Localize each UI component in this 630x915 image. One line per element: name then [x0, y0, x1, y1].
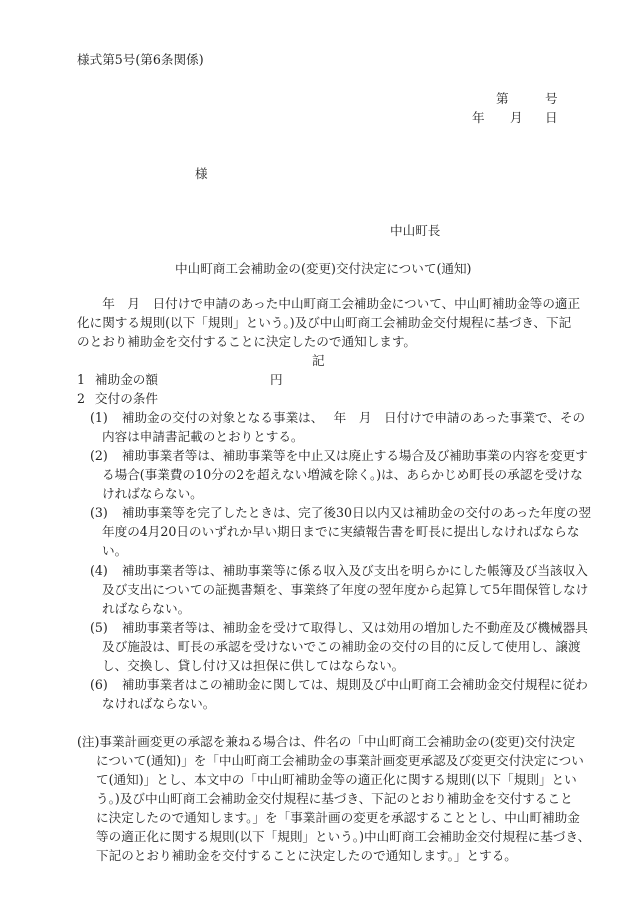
condition-line: ければならない。 — [90, 484, 558, 503]
note-line: に決定したので通知します。」を「事業計画の変更を承認することとし、中山町補助金 — [77, 808, 557, 827]
condition-line: 内容は申請書記載のとおりとする。 — [90, 427, 558, 446]
addressee-suffix: 様 — [195, 164, 208, 183]
item2-number: 2 — [77, 389, 85, 408]
condition-line: 補助事業者等は、補助事業等を中止又は廃止する場合及び補助事業の内容を変更す — [122, 448, 588, 463]
item1-number: 1 — [77, 370, 85, 389]
note-line: て(通知)」とし、本文中の「中山町補助金等の適正化に関する規則(以下「規則」とい — [77, 770, 557, 789]
condition-3: (3)補助事業等を完了したときは、完了後30日以内又は補助金の交付のあった年度の… — [90, 503, 558, 560]
note-label: (注) — [77, 734, 99, 749]
item1-label: 補助金の額 — [95, 370, 158, 389]
date-year: 年 — [472, 108, 485, 127]
condition-number: (1) — [90, 410, 108, 425]
body-line: 化に関する規則(以下「規則」という。)及び中山町商工会補助金交付規程に基づき、下… — [77, 313, 557, 332]
condition-line: ればならない。 — [90, 599, 558, 618]
note-block: (注)事業計画変更の承認を兼ねる場合は、件名の「中山町商工会補助金の(変更)交付… — [77, 732, 557, 865]
note-line: 事業計画変更の承認を兼ねる場合は、件名の「中山町商工会補助金の(変更)交付決定 — [99, 734, 575, 749]
condition-line: 補助事業者はこの補助金に関しては、規則及び中山町商工会補助金交付規程に従わ — [122, 677, 588, 692]
condition-6: (6)補助事業者はこの補助金に関しては、規則及び中山町商工会補助金交付規程に従わ… — [90, 675, 558, 713]
condition-number: (5) — [90, 620, 108, 635]
condition-number: (2) — [90, 448, 108, 463]
condition-line: 補助事業等を完了したときは、完了後30日以内又は補助金の交付のあった年度の翌 — [122, 505, 591, 520]
condition-number: (3) — [90, 505, 108, 520]
note-line: 等の適正化に関する規則(以下「規則」という。)中山町商工会補助金交付規程に基づき… — [77, 827, 557, 846]
sender-name: 中山町長 — [390, 221, 440, 240]
condition-line: い。 — [90, 541, 558, 560]
note-line: う。)及び中山町商工会補助金交付規程に基づき、下記のとおり補助金を交付すること — [77, 789, 557, 808]
note-line: 下記のとおり補助金を交付することに決定したので通知します。」とする。 — [77, 846, 557, 865]
condition-4: (4)補助事業者等は、補助事業等に係る収入及び支出を明らかにした帳簿及び当該収入… — [90, 561, 558, 618]
body-line: のとおり補助金を交付することに決定したので通知します。 — [77, 332, 557, 351]
condition-line: 及び施設は、町長の承認を受けないでこの補助金の交付の目的に反して使用し、譲渡 — [90, 637, 558, 656]
document-title: 中山町商工会補助金の(変更)交付決定について(通知) — [175, 259, 471, 278]
condition-line: 補助事業者等は、補助事業等に係る収入及び支出を明らかにした帳簿及び当該収入 — [122, 563, 588, 578]
condition-number: (4) — [90, 563, 108, 578]
condition-2: (2)補助事業者等は、補助事業等を中止又は廃止する場合及び補助事業の内容を変更す… — [90, 446, 558, 503]
condition-1: (1)補助金の交付の対象となる事業は、 年 月 日付けで申請のあった事業で、その… — [90, 408, 558, 446]
condition-line: なければならない。 — [90, 694, 558, 713]
item2-label: 交付の条件 — [95, 389, 158, 408]
date-month: 月 — [510, 108, 523, 127]
body-line: 年 月 日付けで申請のあった中山町商工会補助金について、中山町補助金等の適正 — [77, 294, 557, 313]
condition-line: る場合(事業費の10分の2を超えない増減を除く。)は、あらかじめ町長の承認を受け… — [90, 465, 558, 484]
condition-line: 補助金の交付の対象となる事業は、 年 月 日付けで申請のあった事業で、その — [122, 410, 585, 425]
ki-heading: 記 — [312, 351, 325, 370]
doc-number-prefix: 第 — [496, 89, 509, 108]
doc-number-suffix: 号 — [545, 89, 558, 108]
form-label: 様式第5号(第6条関係) — [77, 50, 204, 69]
body-paragraph: 年 月 日付けで申請のあった中山町商工会補助金について、中山町補助金等の適正 化… — [77, 294, 557, 351]
condition-line: 補助事業者等は、補助金を受けて取得し、又は効用の増加した不動産及び機械器具 — [122, 620, 588, 635]
condition-line: 年度の4月20日のいずれか早い期日までに実績報告書を町長に提出しなければならな — [90, 522, 558, 541]
condition-line: し、交換し、貸し付け又は担保に供してはならない。 — [90, 656, 558, 675]
condition-line: 及び支出についての証拠書類を、事業終了年度の翌年度から起算して5年間保管しなけ — [90, 580, 558, 599]
date-day: 日 — [545, 108, 558, 127]
item1-unit: 円 — [270, 370, 283, 389]
condition-5: (5)補助事業者等は、補助金を受けて取得し、又は効用の増加した不動産及び機械器具… — [90, 618, 558, 675]
note-line: について(通知)」を「中山町商工会補助金の事業計画変更承認及び変更交付決定につい — [77, 751, 557, 770]
condition-number: (6) — [90, 677, 108, 692]
